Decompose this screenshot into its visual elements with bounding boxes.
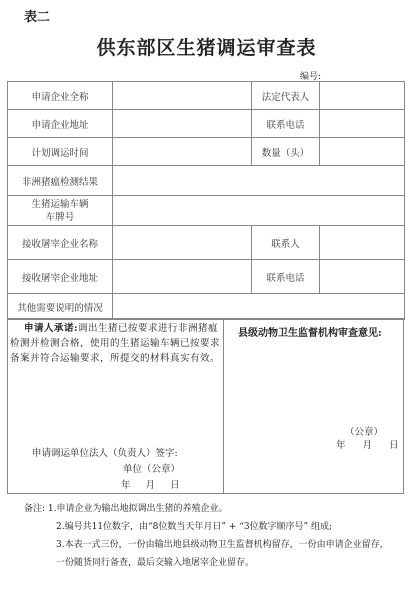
table-row: 申请企业地址 联系电话 — [8, 110, 405, 138]
slaughterhouse-name-field[interactable] — [113, 226, 252, 260]
table-row: 非洲猪瘟检测结果 — [8, 166, 405, 196]
note-1: 备注: 1.申请企业为输出地拟调出生猪的养殖企业。 — [24, 500, 394, 518]
applicant-phone-field[interactable] — [320, 110, 405, 138]
note-2: 2.编号共11位数字，由“8位数当天年月日” + “3位数字顺序号” 组成; — [24, 518, 394, 536]
table-row: 申请企业全称 法定代表人 — [8, 82, 405, 110]
notes-section: 备注: 1.申请企业为输出地拟调出生猪的养殖企业。 2.编号共11位数字，由“8… — [24, 500, 394, 572]
applicant-commitment-panel: 申请人承诺:调出生猪已按要求进行非洲猪瘟检测并检测合格，使用的生猪运输车辆已按要… — [8, 319, 224, 493]
table-row: 计划调运时间 数量（头） — [8, 138, 405, 166]
applicant-name-field[interactable] — [113, 82, 252, 110]
table-row: 生猪运输车辆 车牌号 — [8, 196, 405, 226]
field-label: 接收屠宰企业名称 — [8, 226, 113, 260]
field-label: 申请企业地址 — [8, 110, 113, 138]
field-label: 联系人 — [252, 226, 320, 260]
signature-label: 申请调运单位法人（负责人）签字: — [32, 445, 178, 459]
applicant-address-field[interactable] — [113, 110, 252, 138]
field-label: 法定代表人 — [252, 82, 320, 110]
field-label: 生猪运输车辆 车牌号 — [8, 196, 113, 226]
field-label-line1: 生猪运输车辆 — [8, 198, 112, 211]
field-label: 联系电话 — [252, 260, 320, 294]
legal-representative-field[interactable] — [320, 82, 405, 110]
applicant-promise: 申请人承诺:调出生猪已按要求进行非洲猪瘟检测并检测合格，使用的生猪运输车辆已按要… — [10, 321, 220, 366]
table-row: 接收屠宰企业名称 联系人 — [8, 226, 405, 260]
signature-section: 申请人承诺:调出生猪已按要求进行非洲猪瘟检测并检测合格，使用的生猪运输车辆已按要… — [7, 318, 404, 494]
other-notes-field[interactable] — [113, 294, 405, 320]
table-number: 表二 — [24, 6, 50, 25]
field-label: 计划调运时间 — [8, 138, 113, 166]
promise-title: 申请人承诺: — [24, 323, 78, 334]
official-seal-label: （公章） — [345, 424, 383, 438]
note-3: 3.本表一式三份，一份由输出地县级动物卫生监督机构留存，一份由申请企业留存，一份… — [24, 536, 394, 572]
field-label: 申请企业全称 — [8, 82, 113, 110]
asf-test-result-field[interactable] — [113, 166, 405, 196]
document-title: 供东部区生猪调运审查表 — [0, 33, 413, 60]
application-form-table: 申请企业全称 法定代表人 申请企业地址 联系电话 计划调运时间 数量（头） 非洲… — [7, 81, 405, 320]
review-opinion-panel: 县级动物卫生监督机构审查意见: （公章） 年 月 日 — [224, 319, 403, 493]
field-label: 数量（头） — [252, 138, 320, 166]
field-label: 联系电话 — [252, 110, 320, 138]
quantity-field[interactable] — [320, 138, 405, 166]
field-label-line2: 车牌号 — [8, 211, 112, 224]
field-label: 其他需要说明的情况 — [8, 294, 113, 320]
slaughterhouse-phone-field[interactable] — [320, 260, 405, 294]
review-date: 年 月 日 — [336, 437, 399, 451]
vehicle-plate-field[interactable] — [113, 196, 405, 226]
review-title: 县级动物卫生监督机构审查意见: — [238, 324, 382, 339]
slaughterhouse-address-field[interactable] — [113, 260, 252, 294]
table-row: 接收屠宰企业地址 联系电话 — [8, 260, 405, 294]
transport-time-field[interactable] — [113, 138, 252, 166]
slaughterhouse-contact-field[interactable] — [320, 226, 405, 260]
field-label: 非洲猪瘟检测结果 — [8, 166, 113, 196]
unit-seal-label: 单位（公章） — [123, 461, 180, 475]
applicant-date: 年 月 日 — [121, 477, 180, 491]
table-row: 其他需要说明的情况 — [8, 294, 405, 320]
field-label: 接收屠宰企业地址 — [8, 260, 113, 294]
